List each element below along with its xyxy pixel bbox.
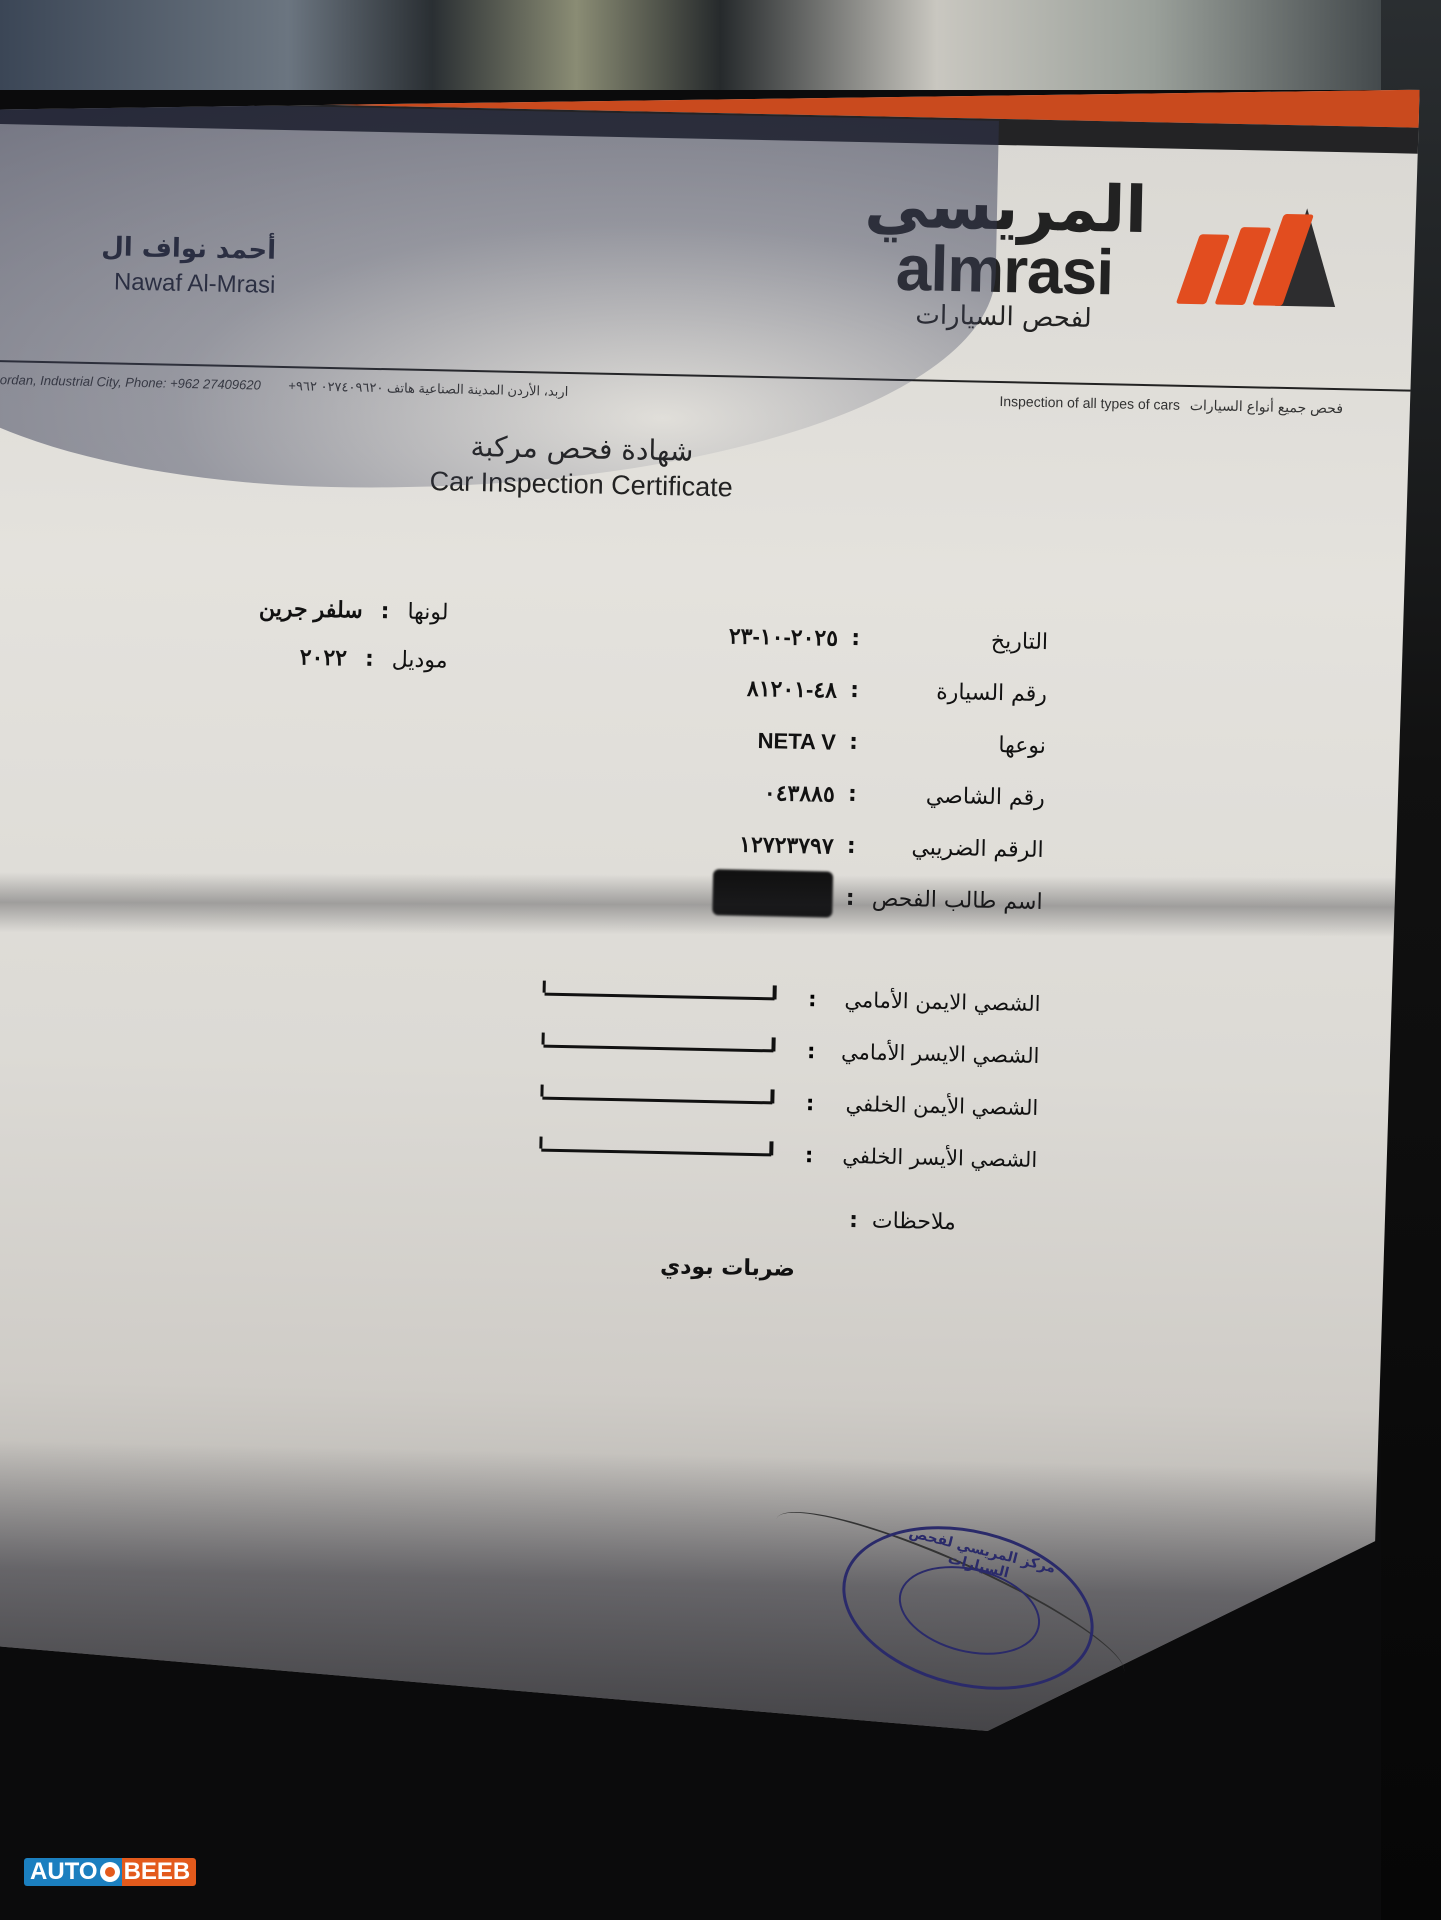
autobeeb-watermark: AUTO BEEB [24, 1858, 196, 1886]
check-row-front-right: الشصي الايمن الأمامي : جيد [544, 982, 1041, 1016]
contact-info: Jordan, Industrial City, Phone: +962 274… [0, 372, 568, 400]
owner-block: أحمد نواف ال Nawaf Al-Mrasi [55, 231, 276, 300]
field-chassis: رقم الشاصي : ٠٤٣٨٨٥ [830, 782, 1045, 811]
owner-name-ar: أحمد نواف ال [56, 231, 277, 266]
tax-value: ١٢٧٢٣٧٩٧ [739, 832, 834, 860]
rating-good: جيد [541, 1148, 771, 1156]
service-tagline-ar: فحص جميع أنواع السيارات [1190, 397, 1344, 416]
logo-mark-icon [1175, 204, 1337, 317]
rating-good: جيد [543, 1044, 773, 1052]
notes-value: ضربات بودي [660, 1254, 795, 1282]
owner-name-en: Nawaf Al-Mrasi [55, 267, 276, 300]
field-color: لونها : سلفر جرين [259, 596, 449, 626]
service-tagline-en: Inspection of all types of cars [999, 393, 1180, 413]
model-value: ٢٠٢٢ [299, 644, 347, 671]
brand-name-en: almrasi [863, 237, 1147, 303]
check-row-rear-right: الشصي الأيمن الخلفي : جيد [542, 1086, 1039, 1120]
check-row-front-left: الشصي الايسر الأمامي : جيد [543, 1034, 1040, 1068]
field-type: نوعها : NETA V [831, 730, 1046, 759]
rating-good: جيد [542, 1096, 772, 1104]
inspection-certificate: المريسي almrasi لفحص السيارات أحمد نواف … [0, 60, 1420, 1739]
field-date: التاريخ : ٢٠٢٥-١٠-٢٣ [833, 626, 1048, 655]
paper-fold [0, 872, 1403, 937]
background-window [0, 0, 1441, 90]
field-tax-number: الرقم الضريبي : ١٢٧٢٣٧٩٧ [829, 834, 1044, 863]
field-plate: رقم السيارة : ٤٨-٨١٢٠١ [832, 678, 1047, 707]
color-value: سلفر جرين [259, 596, 363, 624]
company-logo: المريسي almrasi لفحص السيارات [862, 173, 1338, 341]
service-tagline: Inspection of all types of cars فحص جميع… [999, 393, 1343, 417]
document-title-en: Car Inspection Certificate [411, 466, 752, 504]
contact-address-en: Jordan, Industrial City, Phone: +962 274… [0, 372, 261, 393]
bottom-shadow [0, 1440, 1391, 1740]
chassis-value: ٠٤٣٨٨٥ [764, 780, 835, 807]
date-value: ٢٠٢٥-١٠-٢٣ [729, 623, 839, 651]
type-value: NETA V [757, 728, 836, 756]
plate-value: ٤٨-٨١٢٠١ [747, 676, 838, 704]
wheel-icon [100, 1862, 120, 1882]
contact-address-ar: اربد، الأردن المدينة الصناعية هاتف ٠٢٧٤٠… [288, 378, 568, 399]
check-row-rear-left: الشصي الأيسر الخلفي : جيد [541, 1138, 1038, 1172]
document-title-ar: شهادة فحص مركبة [412, 429, 753, 469]
notes-field: ملاحظات : [835, 1208, 956, 1236]
document-title: شهادة فحص مركبة Car Inspection Certifica… [411, 429, 752, 504]
rating-good: جيد [544, 992, 774, 1000]
field-model: موديل : ٢٠٢٢ [299, 644, 447, 673]
